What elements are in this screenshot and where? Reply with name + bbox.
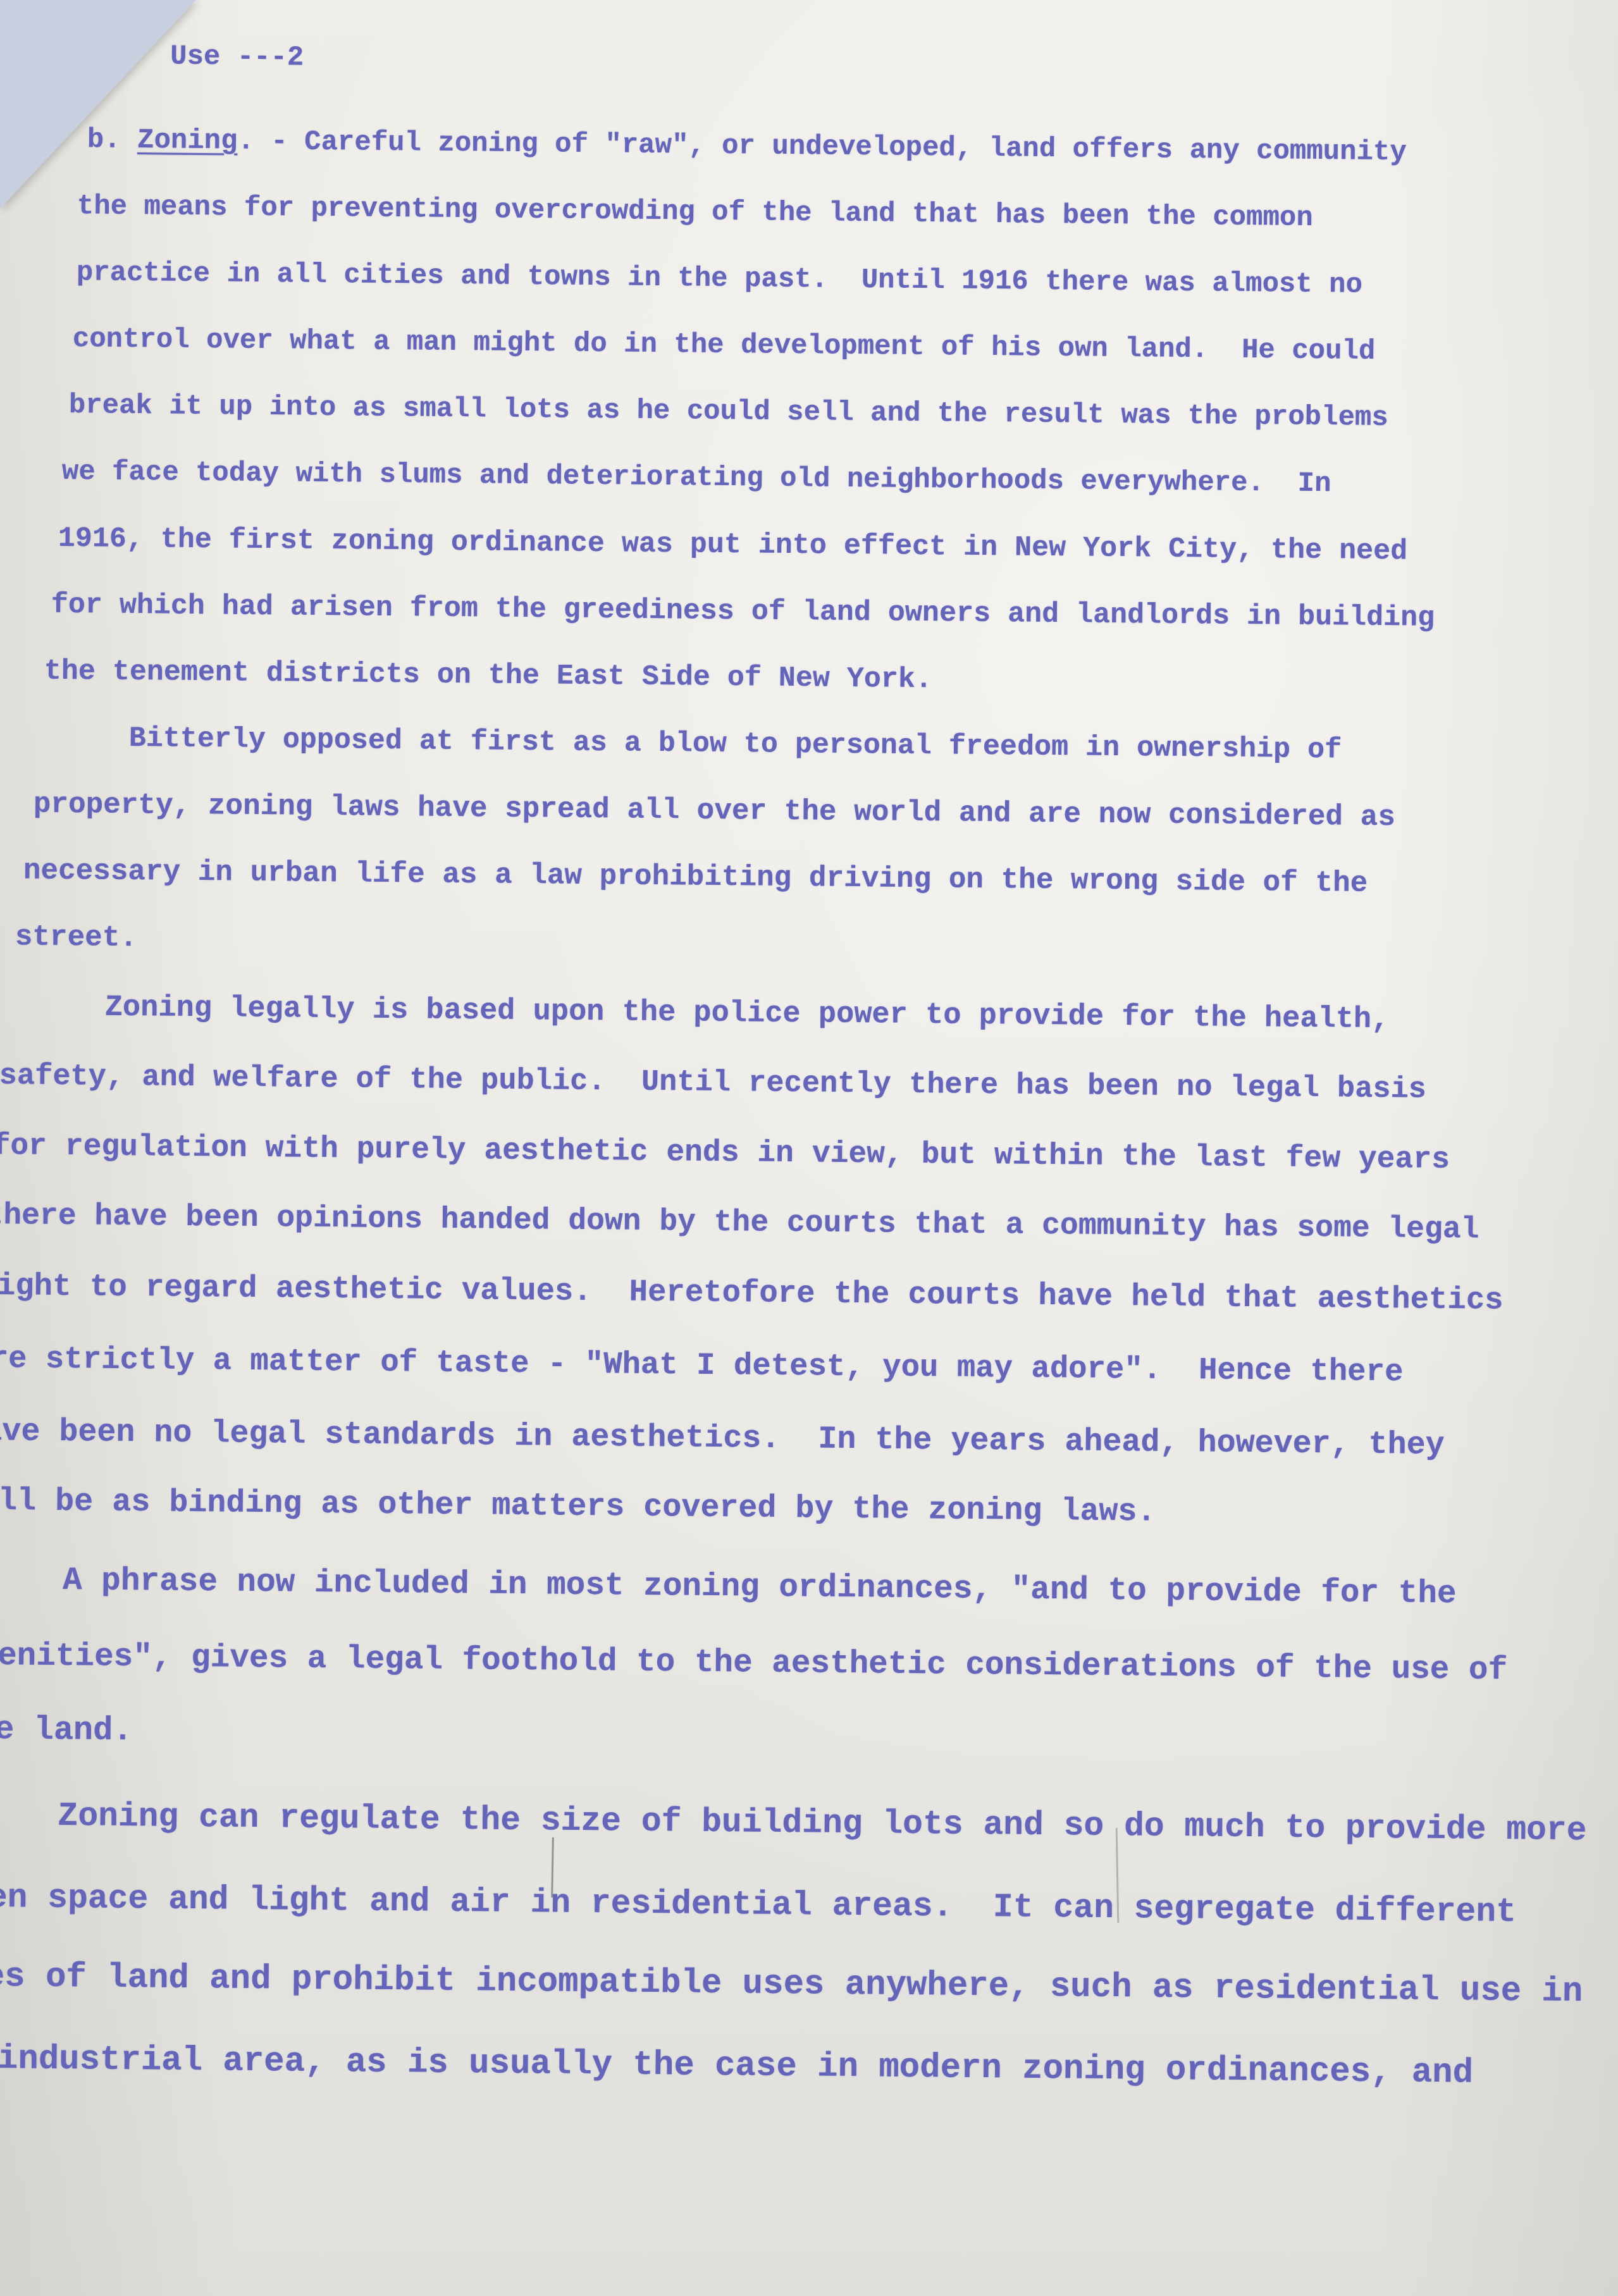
text-line: an industrial area, as is usually the ca… xyxy=(0,2039,1473,2092)
text-line: for which had arisen from the greediness… xyxy=(51,589,1435,634)
text-line: the tenement districts on the East Side … xyxy=(44,655,933,696)
text-line: there have been opinions handed down by … xyxy=(0,1199,1479,1247)
text-line: will be as binding as other matters cove… xyxy=(0,1483,1156,1531)
text-line: control over what a man might do in the … xyxy=(73,323,1376,367)
text-line: right to regard aesthetic values. Hereto… xyxy=(0,1268,1504,1318)
text-line: 1916, the first zoning ordinance was put… xyxy=(58,522,1408,567)
text-line: break it up into as small lots as he cou… xyxy=(69,390,1388,434)
typewritten-text: Use ---2 b. Zoning. - Careful zoning of … xyxy=(0,0,1618,16)
text-line: A phrase now included in most zoning ord… xyxy=(0,1562,1457,1613)
text-line: we face today with slums and deteriorati… xyxy=(62,456,1331,500)
text-line: practice in all cities and towns in the … xyxy=(77,257,1363,301)
text-line: Bitterly opposed at first as a blow to p… xyxy=(44,722,1342,767)
text-line: b. Zoning. - Careful zoning of "raw", or… xyxy=(87,124,1407,168)
text-line: for regulation with purely aesthetic end… xyxy=(0,1129,1450,1177)
text-line: open space and light and air in resident… xyxy=(0,1878,1516,1931)
text-line: the means for preventing overcrowding of… xyxy=(77,190,1313,234)
text-line: Zoning legally is based upon the police … xyxy=(15,990,1389,1037)
text-line: safety, and welfare of the public. Until… xyxy=(0,1059,1426,1107)
text-line: property, zoning laws have spread all ov… xyxy=(34,788,1396,834)
document-page: Use ---2 b. Zoning. - Careful zoning of … xyxy=(0,0,1618,2296)
folded-page-corner xyxy=(0,0,196,209)
text-line: necessary in urban life as a law prohibi… xyxy=(23,854,1368,899)
text-line: uses of land and prohibit incompatible u… xyxy=(0,1957,1583,2011)
text-line: Zoning can regulate the size of building… xyxy=(0,1796,1587,1849)
text-line: have been no legal standards in aestheti… xyxy=(0,1414,1445,1464)
text-line: are strictly a matter of taste - "What I… xyxy=(0,1341,1404,1390)
body-text: b. Zoning. - Careful zoning of "raw", or… xyxy=(0,0,1618,16)
line-text: . - Careful zoning of "raw", or undevelo… xyxy=(237,126,1407,169)
text-line: the land. xyxy=(0,1710,133,1750)
text-line: street. xyxy=(15,920,138,954)
text-line: amenities", gives a legal foothold to th… xyxy=(0,1638,1507,1689)
